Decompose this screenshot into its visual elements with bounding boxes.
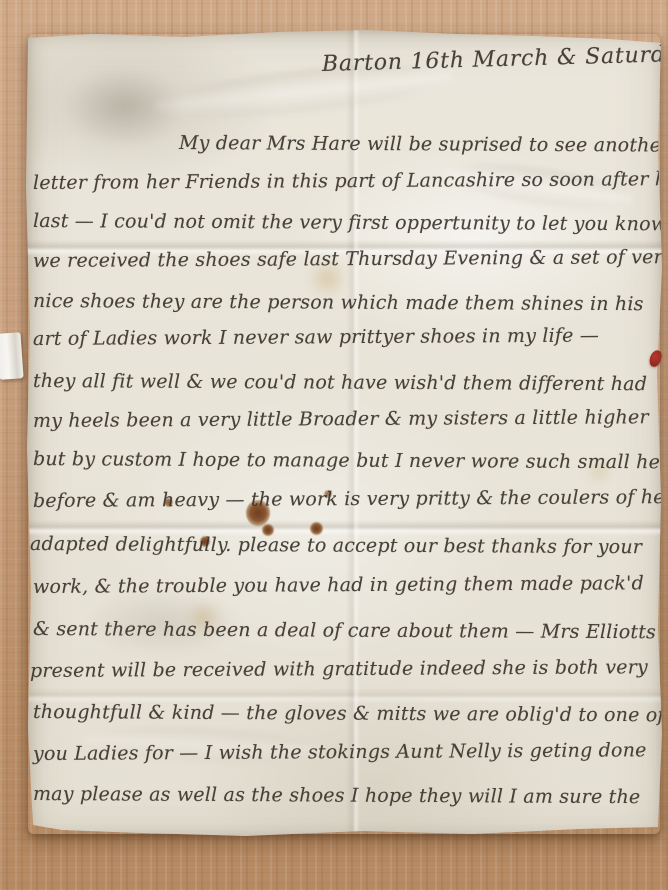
letter-line-10: before & am heavy — the work is very pri…	[33, 486, 668, 512]
letter-line-15: thoughtfull & kind — the gloves & mitts …	[33, 701, 665, 726]
stain-spot-3	[310, 522, 323, 535]
letter-line-17: may please as well as the shoes I hope t…	[33, 783, 641, 808]
letter-line-9: but by custom I hope to manage but I nev…	[33, 448, 668, 473]
letter-line-7: they all fit well & we cou'd not have wi…	[33, 370, 647, 395]
letter-paper: Barton 16th March & Saturday My dear Mrs…	[24, 28, 664, 840]
letter-line-6: art of Ladies work I never saw prittyer …	[33, 325, 599, 350]
letter-line-2: letter from her Friends in this part of …	[33, 168, 668, 194]
letter-line-14: present will be received with gratitude …	[30, 656, 648, 682]
letter-line-16: you Ladies for — I wish the stokings Aun…	[33, 739, 647, 765]
letter-line-11: adapted delightfully. please to accept o…	[30, 533, 642, 558]
letter-line-3: last — I cou'd not omit the very first o…	[33, 210, 667, 235]
photo-background: Barton 16th March & Saturday My dear Mrs…	[0, 0, 668, 890]
paper-tab	[0, 332, 24, 380]
letter-line-8: my heels been a very little Broader & my…	[33, 406, 649, 432]
letter-dateline: Barton 16th March & Saturday	[322, 42, 668, 77]
smudge-top-left	[64, 68, 184, 148]
letter-line-1: My dear Mrs Hare will be suprised to see…	[179, 132, 668, 157]
letter-line-4: we received the shoes safe last Thursday…	[33, 246, 668, 272]
letter-line-13: & sent there has been a deal of care abo…	[33, 618, 656, 643]
letter-line-12: work, & the trouble you have had in geti…	[33, 572, 644, 598]
letter-line-5: nice shoes they are the person which mad…	[33, 290, 644, 315]
